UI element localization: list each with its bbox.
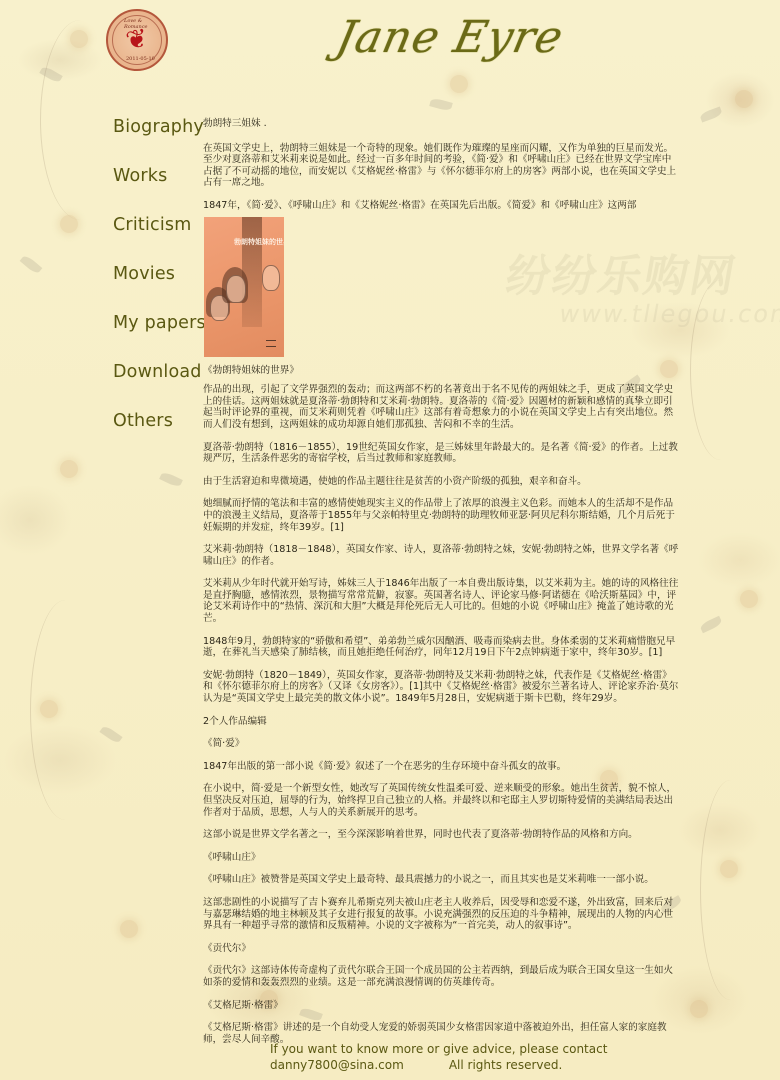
leaf-decoration [699, 616, 723, 633]
paragraph: 在小说中，简·爱是一个新型女性，她改写了英国传统女性温柔可爱、逆来顺受的形象。她… [203, 783, 679, 818]
paragraph: 《呼啸山庄》被赞誉是英国文学史上最奇特、最具震撼力的小说之一，而且其实也是艾米莉… [203, 874, 679, 886]
nav-download[interactable]: Download [113, 359, 206, 408]
work-title: 《贡代尔》 [203, 943, 679, 955]
paragraph: 1847年，《简·爱》、《呼啸山庄》和《艾格妮丝·格雷》在英国先后出版。《简爱》… [203, 200, 679, 212]
leaf-decoration [20, 254, 43, 275]
cover-caption: 《勃朗特姐妹的世界》 [203, 365, 679, 377]
paragraph: 这部小说是世界文学名著之一，至今深深影响着世界，同时也代表了夏洛蒂·勃朗特作品的… [203, 829, 679, 841]
paragraph: 1848年9月，勃朗特家的“骄傲和希望”、弟弟勃兰威尔因酗酒、吸毒而染病去世。身… [203, 636, 679, 659]
paragraph: 安妮·勃朗特（1820－1849），英国女作家，夏洛蒂·勃朗特及艾米莉·勃朗特之… [203, 670, 679, 705]
logo-bottom-text: 2011-05-10 [126, 56, 155, 62]
article-content: 勃朗特三姐妹 . 在英国文学史上，勃朗特三姐妹是一个奇特的现象。她们既作为璀璨的… [203, 118, 679, 1056]
paragraph: 1847年出版的第一部小说《简·爱》叙述了一个在恶劣的生存环境中奋斗孤女的故事。 [203, 761, 679, 773]
cover-figure [262, 265, 280, 291]
nav-works[interactable]: Works [113, 163, 206, 212]
paragraph: 《贡代尔》这部诗体传奇虚构了贡代尔联合王国一个成员国的公主若西纳，到最后成为联合… [203, 965, 679, 988]
nav-my-papers[interactable]: My papers [113, 310, 206, 359]
paragraph: 艾米莉·勃朗特（1818－1848），英国女作家、诗人，夏洛蒂·勃朗特之妹，安妮… [203, 544, 679, 567]
nav-biography[interactable]: Biography [113, 114, 206, 163]
leaf-decoration [429, 97, 453, 111]
vine-decoration [700, 780, 761, 1000]
flower-decoration [450, 75, 468, 93]
work-title: 《呼啸山庄》 [203, 852, 679, 864]
paragraph: 由于生活窘迫和卑微境遇，使她的作品主题往往是贫苦的小资产阶级的孤独，艰辛和奋斗。 [203, 476, 679, 488]
leaf-decoration [99, 725, 122, 745]
flower-decoration [740, 590, 758, 608]
paragraph: 她细腻而抒情的笔法和丰富的感情使她现实主义的作品带上了浓厚的浪漫主义色彩。而她本… [203, 498, 679, 533]
site-logo[interactable]: Love & Romance ❦ 2011-05-10 [106, 9, 168, 71]
footer: If you want to know more or give advice,… [270, 1041, 607, 1073]
intro-heading: 勃朗特三姐妹 . [203, 118, 679, 130]
footer-row: danny7800@sina.comAll rights reserved. [270, 1057, 607, 1073]
flower-decoration [690, 1000, 708, 1018]
work-title: 《艾格尼斯·格雷》 [203, 1000, 679, 1012]
work-title: 《简·爱》 [203, 738, 679, 750]
nav-movies[interactable]: Movies [113, 261, 206, 310]
leaf-decoration [159, 471, 183, 488]
main-nav: Biography Works Criticism Movies My pape… [113, 114, 206, 457]
flower-decoration [735, 90, 753, 108]
dragon-icon: ❦ [124, 25, 150, 54]
book-cover-image: 勃朗特姐妹的世界 [204, 217, 284, 357]
paragraph: 夏洛蒂·勃朗特（1816－1855），19世纪英国女作家，是三姊妹里年龄最大的。… [203, 442, 679, 465]
footer-contact-text: If you want to know more or give advice,… [270, 1041, 607, 1057]
copyright-text: All rights reserved. [449, 1057, 563, 1073]
section-heading: 2个人作品编辑 [203, 716, 679, 728]
nav-criticism[interactable]: Criticism [113, 212, 206, 261]
cover-figure [226, 275, 246, 303]
flower-decoration [60, 460, 78, 478]
flower-decoration [120, 920, 138, 938]
cover-publisher-mark [266, 340, 276, 347]
nav-others[interactable]: Others [113, 408, 206, 457]
paragraph: 在英国文学史上，勃朗特三姐妹是一个奇特的现象。她们既作为璀璨的星座而闪耀，又作为… [203, 143, 679, 189]
leaf-decoration [699, 107, 723, 123]
vine-decoration [30, 600, 101, 820]
cover-title: 勃朗特姐妹的世界 [234, 237, 284, 249]
contact-email-link[interactable]: danny7800@sina.com [270, 1058, 404, 1072]
cover-spine [242, 217, 262, 327]
paragraph: 这部悲剧性的小说描写了吉卜赛弃儿希斯克列夫被山庄老主人收养后，因受辱和恋爱不遂，… [203, 897, 679, 932]
paragraph: 艾米莉从少年时代就开始写诗，姊妹三人于1846年出版了一本自费出版诗集，以艾米莉… [203, 578, 679, 624]
paragraph: 作品的出现，引起了文学界强烈的轰动；而这两部不朽的名著竟出于名不见传的两姐妹之手… [203, 384, 679, 430]
site-title: Jane Eyre [325, 12, 576, 63]
